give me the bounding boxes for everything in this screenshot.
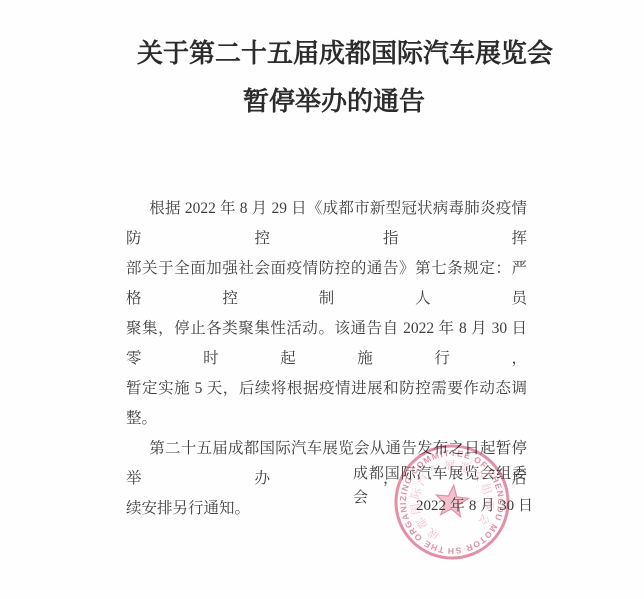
text-line: 根据 2022 年 8 月 29 日《成都市新型冠状病毒肺炎疫情防控指挥 bbox=[126, 194, 527, 254]
text-line: 部关于全面加强社会面疫情防控的通告》第七条规定：严格控制人员 bbox=[126, 254, 527, 314]
notice-title-line2: 暂停举办的通告 bbox=[243, 84, 421, 120]
paragraph: 根据 2022 年 8 月 29 日《成都市新型冠状病毒肺炎疫情防控指挥 部关于… bbox=[126, 194, 527, 434]
date-line: 2022 年 8 月 30 日 bbox=[416, 494, 533, 518]
notice-title-line1: 关于第二十五届成都国际汽车展览会 bbox=[137, 36, 525, 72]
notice-document: 关于第二十五届成都国际汽车展览会 暂停举办的通告 根据 2022 年 8 月 2… bbox=[0, 0, 644, 599]
text-line: 暂定实施 5 天，后续将根据疫情进展和防控需要作动态调整。 bbox=[126, 374, 527, 434]
text-line: 聚集，停止各类聚集性活动。该通告自 2022 年 8 月 30 日零时起施行， bbox=[126, 314, 527, 374]
